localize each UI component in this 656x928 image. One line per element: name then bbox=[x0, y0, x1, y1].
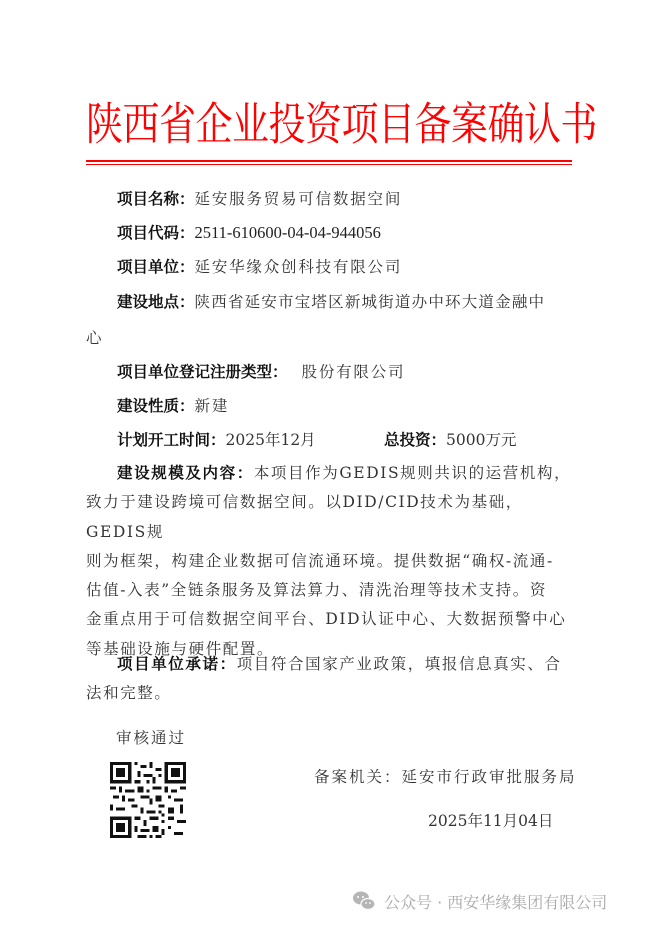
field-value: 股份有限公司 bbox=[302, 363, 406, 381]
field-value: 延安服务贸易可信数据空间 bbox=[195, 190, 403, 208]
title-rule-thin bbox=[86, 164, 572, 165]
field-location-continued: 心 bbox=[86, 327, 103, 349]
qr-code bbox=[110, 762, 186, 838]
field-project-name: 项目名称：延安服务贸易可信数据空间 bbox=[117, 188, 402, 210]
field-project-unit: 项目单位：延安华缘众创科技有限公司 bbox=[117, 256, 402, 278]
field-label: 项目单位登记注册类型： bbox=[117, 363, 288, 381]
field-label: 项目名称： bbox=[117, 190, 195, 208]
field-value: 新建 bbox=[195, 397, 230, 415]
field-label: 项目代码： bbox=[117, 224, 195, 242]
field-value: 陕西省延安市宝塔区新城街道办中环大道金融中 bbox=[195, 293, 546, 311]
field-label: 项目单位： bbox=[117, 258, 195, 276]
field-location: 建设地点：陕西省延安市宝塔区新城街道办中环大道金融中 bbox=[117, 291, 545, 313]
commitment-paragraph: 项目单位承诺：项目符合国家产业政策，填报信息真实、合 法和完整。 bbox=[86, 650, 576, 709]
field-construction-nature: 建设性质：新建 bbox=[117, 395, 229, 417]
field-value: 2511-610600-04-04-944056 bbox=[195, 223, 381, 242]
field-value: 5000万元 bbox=[446, 431, 516, 449]
watermark: 公众号 · 西安华缘集团有限公司 bbox=[352, 888, 607, 914]
field-label: 建设地点： bbox=[117, 293, 195, 311]
commitment-label: 项目单位承诺： bbox=[117, 655, 237, 673]
field-registration-type: 项目单位登记注册类型：股份有限公司 bbox=[117, 361, 405, 383]
filing-date: 2025年11月04日 bbox=[428, 809, 553, 831]
scope-paragraph: 建设规模及内容：本项目作为GEDIS规则共识的运营机构， 致力于建设跨境可信数据… bbox=[86, 459, 576, 664]
field-value: 延安华缘众创科技有限公司 bbox=[195, 258, 403, 276]
field-planned-start: 计划开工时间：2025年12月 bbox=[117, 429, 316, 451]
wechat-icon bbox=[352, 890, 376, 912]
scope-line: 则为框架，构建企业数据可信流通环境。提供数据“确权-流通- bbox=[86, 547, 576, 576]
field-label: 建设性质： bbox=[117, 397, 195, 415]
scope-line: 估值-入表”全链条服务及算法算力、清洗治理等技术支持。资 bbox=[86, 576, 576, 605]
scope-line: 金重点用于可信数据空间平台、DID认证中心、大数据预警中心 bbox=[86, 605, 576, 634]
filing-authority: 备案机关：延安市行政审批服务局 bbox=[314, 765, 577, 787]
field-project-code: 项目代码：2511-610600-04-04-944056 bbox=[117, 222, 381, 244]
watermark-text: 公众号 · 西安华缘集团有限公司 bbox=[384, 890, 607, 913]
scope-label: 建设规模及内容： bbox=[117, 464, 254, 482]
scope-line: 本项目作为GEDIS规则共识的运营机构， bbox=[254, 464, 571, 482]
review-status: 审核通过 bbox=[116, 726, 186, 748]
field-total-investment: 总投资：5000万元 bbox=[384, 429, 516, 451]
document-title: 陕西省企业投资项目备案确认书 bbox=[86, 90, 574, 161]
field-label: 计划开工时间： bbox=[117, 431, 226, 449]
field-label: 总投资： bbox=[384, 431, 446, 449]
scope-line: 致力于建设跨境可信数据空间。以DID/CID技术为基础，GEDIS规 bbox=[86, 488, 576, 547]
commitment-line: 项目符合国家产业政策，填报信息真实、合 bbox=[237, 655, 562, 673]
commitment-line: 法和完整。 bbox=[86, 679, 576, 708]
title-rule-thick bbox=[86, 160, 572, 162]
field-value: 2025年12月 bbox=[226, 431, 316, 449]
